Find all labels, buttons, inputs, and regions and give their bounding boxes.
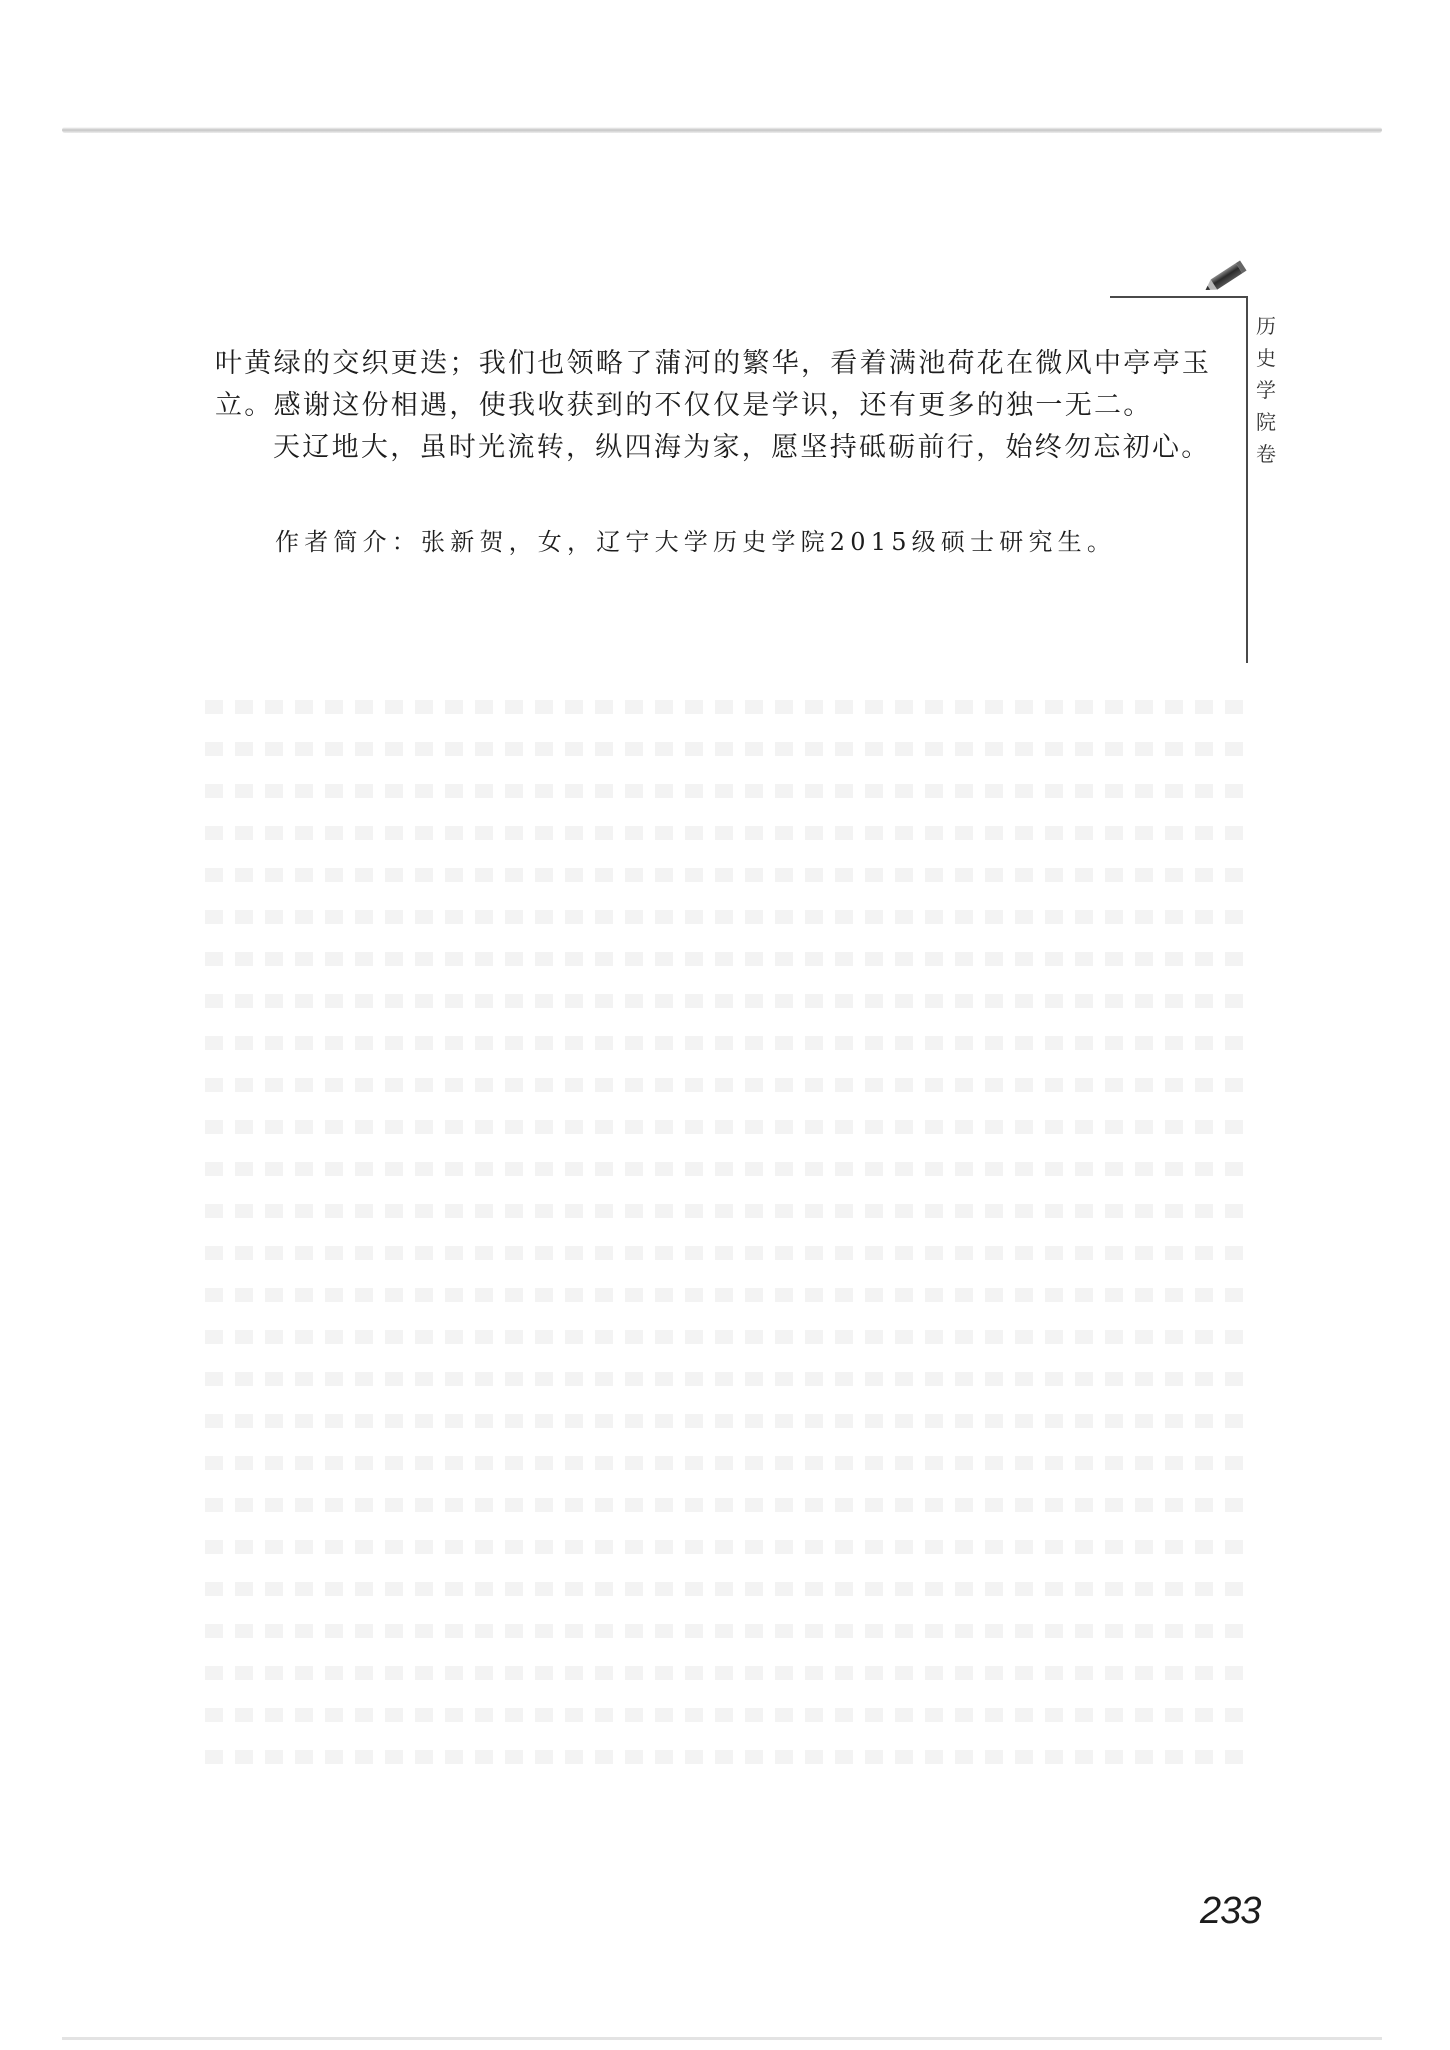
paragraph: 天辽地大，虽时光流转，纵四海为家，愿坚持砥砺前行，始终勿忘初心。: [215, 427, 1225, 469]
frame-top-rule: [1110, 296, 1248, 298]
section-label-vertical: 历 史 学 院 卷: [1253, 310, 1279, 470]
page-bottom-edge-shadow: [62, 2037, 1382, 2040]
section-label-char: 卷: [1253, 438, 1279, 470]
paragraph: 叶黄绿的交织更迭；我们也领略了蒲河的繁华，看着满池荷花在微风中亭亭玉立。感谢这份…: [215, 343, 1225, 427]
page-number: 233: [1200, 1890, 1260, 1933]
page-top-edge-shadow: [62, 127, 1382, 133]
frame-side-rule: [1246, 296, 1248, 663]
author-bio: 作者简介：张新贺，女，辽宁大学历史学院2015级硕士研究生。: [275, 522, 1116, 557]
section-label-char: 学: [1253, 374, 1279, 406]
show-through-text-noise: [205, 700, 1245, 1792]
section-label-char: 院: [1253, 406, 1279, 438]
pencil-icon: [1198, 260, 1250, 296]
section-label-char: 史: [1253, 342, 1279, 374]
section-label-char: 历: [1253, 310, 1279, 342]
body-text: 叶黄绿的交织更迭；我们也领略了蒲河的繁华，看着满池荷花在微风中亭亭玉立。感谢这份…: [215, 343, 1225, 469]
